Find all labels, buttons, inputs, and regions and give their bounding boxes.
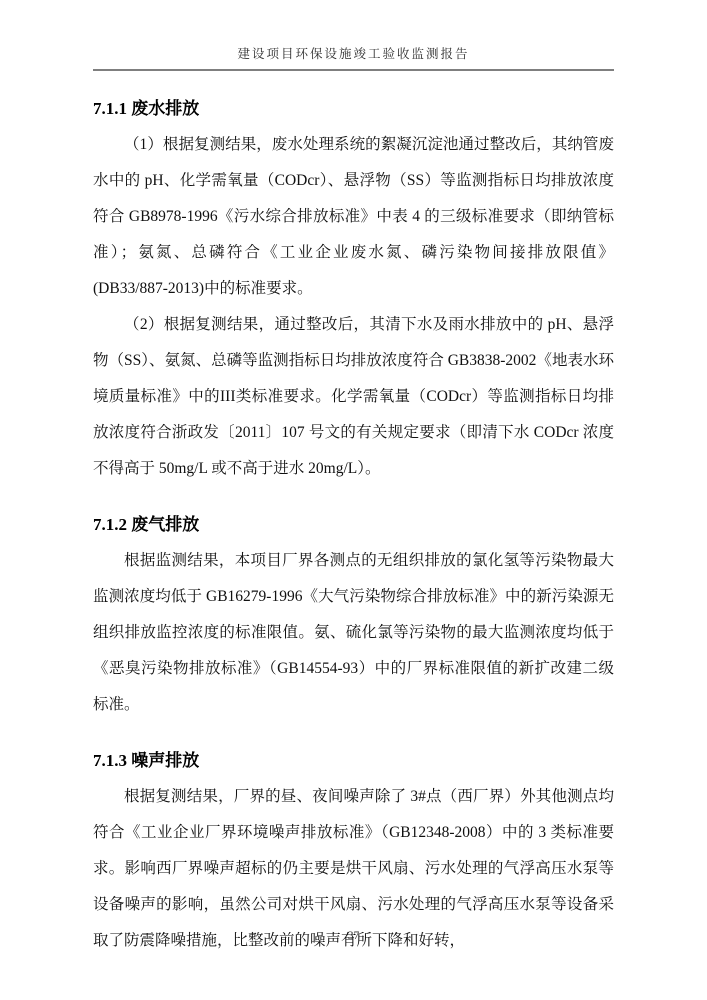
paragraph: 根据监测结果，本项目厂界各测点的无组织排放的氯化氢等污染物最大监测浓度均低于 G… — [93, 543, 614, 723]
paragraph: （2）根据复测结果，通过整改后，其清下水及雨水排放中的 pH、悬浮物（SS）、氨… — [93, 307, 614, 487]
page-number: 37 — [0, 930, 707, 942]
document-body: 7.1.1 废水排放 （1）根据复测结果，废水处理系统的絮凝沉淀池通过整改后，其… — [93, 97, 614, 959]
section-noise: 7.1.3 噪声排放 根据复测结果，厂界的昼、夜间噪声除了 3#点（西厂界）外其… — [93, 749, 614, 959]
section-waste-gas: 7.1.2 废气排放 根据监测结果，本项目厂界各测点的无组织排放的氯化氢等污染物… — [93, 513, 614, 723]
paragraph: （1）根据复测结果，废水处理系统的絮凝沉淀池通过整改后，其纳管废水中的 pH、化… — [93, 127, 614, 307]
document-page: 建设项目环保设施竣工验收监测报告 7.1.1 废水排放 （1）根据复测结果，废水… — [0, 0, 707, 1000]
page-header: 建设项目环保设施竣工验收监测报告 — [0, 0, 707, 71]
running-head-title: 建设项目环保设施竣工验收监测报告 — [0, 44, 707, 62]
section-heading-7-1-2: 7.1.2 废气排放 — [93, 513, 614, 537]
section-heading-7-1-1: 7.1.1 废水排放 — [93, 97, 614, 121]
header-rule — [93, 69, 614, 71]
section-heading-7-1-3: 7.1.3 噪声排放 — [93, 749, 614, 773]
section-wastewater: 7.1.1 废水排放 （1）根据复测结果，废水处理系统的絮凝沉淀池通过整改后，其… — [93, 97, 614, 487]
